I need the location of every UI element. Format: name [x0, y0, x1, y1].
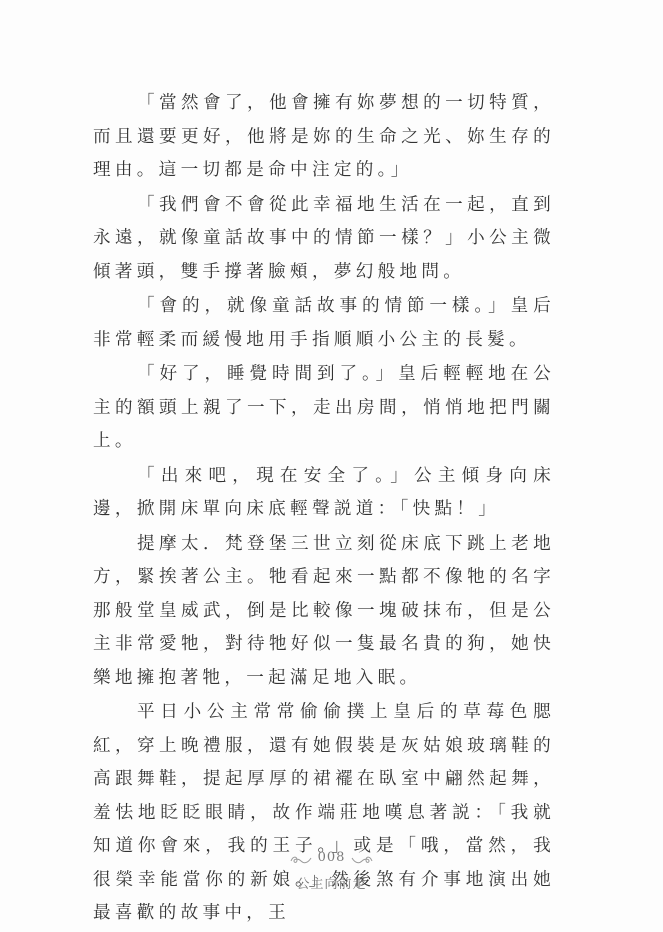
paragraph-5: 「出來吧，現在安全了。」公主傾身向床邊，掀開床單向床底輕聲説道：「快點！」: [93, 460, 555, 527]
swash-ornament-left-icon: [290, 851, 312, 863]
page-number: 008: [318, 850, 346, 865]
paragraph-4: 「好了，睡覺時間到了。」皇后輕輕地在公主的額頭上親了一下，走出房間，悄悄地把門關…: [93, 358, 555, 459]
swash-ornament-right-icon: [351, 851, 373, 863]
paragraph-1: 「當然會了，他會擁有妳夢想的一切特質，而且還要更好，他將是妳的生命之光、妳生存的…: [93, 87, 555, 188]
body-text: 「當然會了，他會擁有妳夢想的一切特質，而且還要更好，他將是妳的生命之光、妳生存的…: [93, 87, 555, 932]
paragraph-6: 提摩太．梵登堡三世立刻從床底下跳上老地方，緊挨著公主。牠看起來一點都不像牠的名字…: [93, 528, 555, 696]
page-footer: 008 公主向前走: [0, 846, 663, 892]
paragraph-3: 「會的，就像童話故事的情節一樣。」皇后非常輕柔而緩慢地用手指順順小公主的長髮。: [93, 290, 555, 357]
paragraph-7: 平日小公主常常偷偷撲上皇后的草莓色腮紅，穿上晚禮服，還有她假裝是灰姑娘玻璃鞋的高…: [93, 696, 555, 931]
book-title: 公主向前走: [0, 873, 663, 892]
paragraph-2: 「我們會不會從此幸福地生活在一起，直到永遠，就像童話故事中的情節一樣？」小公主微…: [93, 189, 555, 290]
page-number-row: 008: [0, 846, 663, 868]
book-page: 「當然會了，他會擁有妳夢想的一切特質，而且還要更好，他將是妳的生命之光、妳生存的…: [0, 0, 663, 932]
